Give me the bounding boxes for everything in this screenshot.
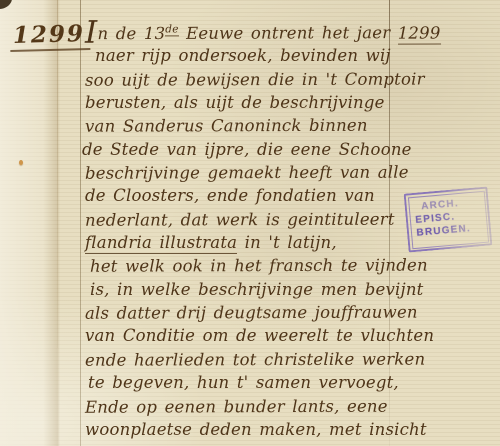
underlined-text: 1299 (398, 23, 441, 44)
text-segment: de Stede van ijpre, die eene Schoone (82, 140, 412, 159)
paper-fleck (19, 160, 23, 165)
margin-year: 1299 (10, 20, 91, 52)
manuscript-line: berusten, als uijt de beschrijvinge (85, 93, 494, 116)
manuscript-line: soo uijt de bewijsen die in 't Comptoir (85, 69, 494, 94)
margin-rule-left (80, 0, 81, 446)
manuscript-line: het welk ook in het fransch te vijnden (90, 256, 494, 281)
manuscript-line: beschrijvinge gemaekt heeft van alle (85, 162, 494, 187)
manuscript-line: van Conditie om de weerelt te vluchten (85, 326, 494, 349)
text-segment: in 't latijn, (237, 233, 337, 252)
manuscript-line: is, in welke beschrijvinge men bevijnt (90, 280, 494, 303)
text-segment: het welk ook in het fransch te vijnden (90, 256, 428, 276)
underlined-text: flandria illustrata (85, 233, 237, 254)
text-segment: n de 13 (97, 24, 165, 43)
text-segment: de Cloosters, ende fondatien van (85, 186, 375, 205)
text-segment: van Sanderus Canoninck binnen (85, 116, 368, 136)
archive-stamp-inner: ARCH. EPISC. BRUGEN. (407, 190, 488, 249)
text-segment: ende haerlieden tot christelike werken (85, 349, 425, 369)
text-segment: is, in welke beschrijvinge men bevijnt (90, 280, 423, 299)
text-segment: naer rijp ondersoek, bevinden wij (95, 46, 391, 65)
manuscript-line: naer rijp ondersoek, bevinden wij (95, 46, 494, 69)
archive-stamp: ARCH. EPISC. BRUGEN. (404, 186, 493, 252)
manuscript-line: te begeven, hun t' samen vervoegt, (88, 373, 494, 396)
text-segment: soo uijt de bewijsen die in 't Comptoir (85, 69, 425, 89)
text-segment: I (85, 14, 98, 50)
manuscript-line: Ende op eenen bunder lants, eene (85, 396, 494, 421)
text-segment: als datter drij deugtsame jouffrauwen (85, 303, 418, 323)
manuscript-line: als datter drij deugtsame jouffrauwen (85, 302, 494, 327)
text-segment: van Conditie om de weerelt te vluchten (85, 326, 434, 345)
text-segment: te begeven, hun t' samen vervoegt, (88, 373, 399, 392)
text-segment: de (165, 23, 178, 36)
manuscript-line: de Stede van ijpre, die eene Schoone (82, 140, 494, 163)
text-segment: nederlant, dat werk is geintituleert (85, 209, 395, 229)
page-edge-strip (0, 0, 60, 446)
page-edge-shadow (57, 0, 58, 348)
manuscript-line: woonplaetse deden maken, met insicht (85, 420, 494, 443)
manuscript-line: van Sanderus Canoninck binnen (85, 116, 494, 141)
manuscript-page: 1299 In de 13de Eeuwe ontrent het jaer 1… (0, 0, 500, 446)
text-segment: berusten, als uijt de beschrijvinge (85, 93, 385, 112)
manuscript-line: ende haerlieden tot christelike werken (85, 349, 494, 374)
manuscript-line: In de 13de Eeuwe ontrent het jaer 1299 (85, 22, 494, 47)
text-segment: Ende op eenen bunder lants, eene (85, 396, 388, 416)
text-segment: Eeuwe ontrent het jaer (179, 23, 398, 43)
text-segment: woonplaetse deden maken, met insicht (85, 420, 427, 439)
text-segment: beschrijvinge gemaekt heeft van alle (85, 163, 409, 183)
